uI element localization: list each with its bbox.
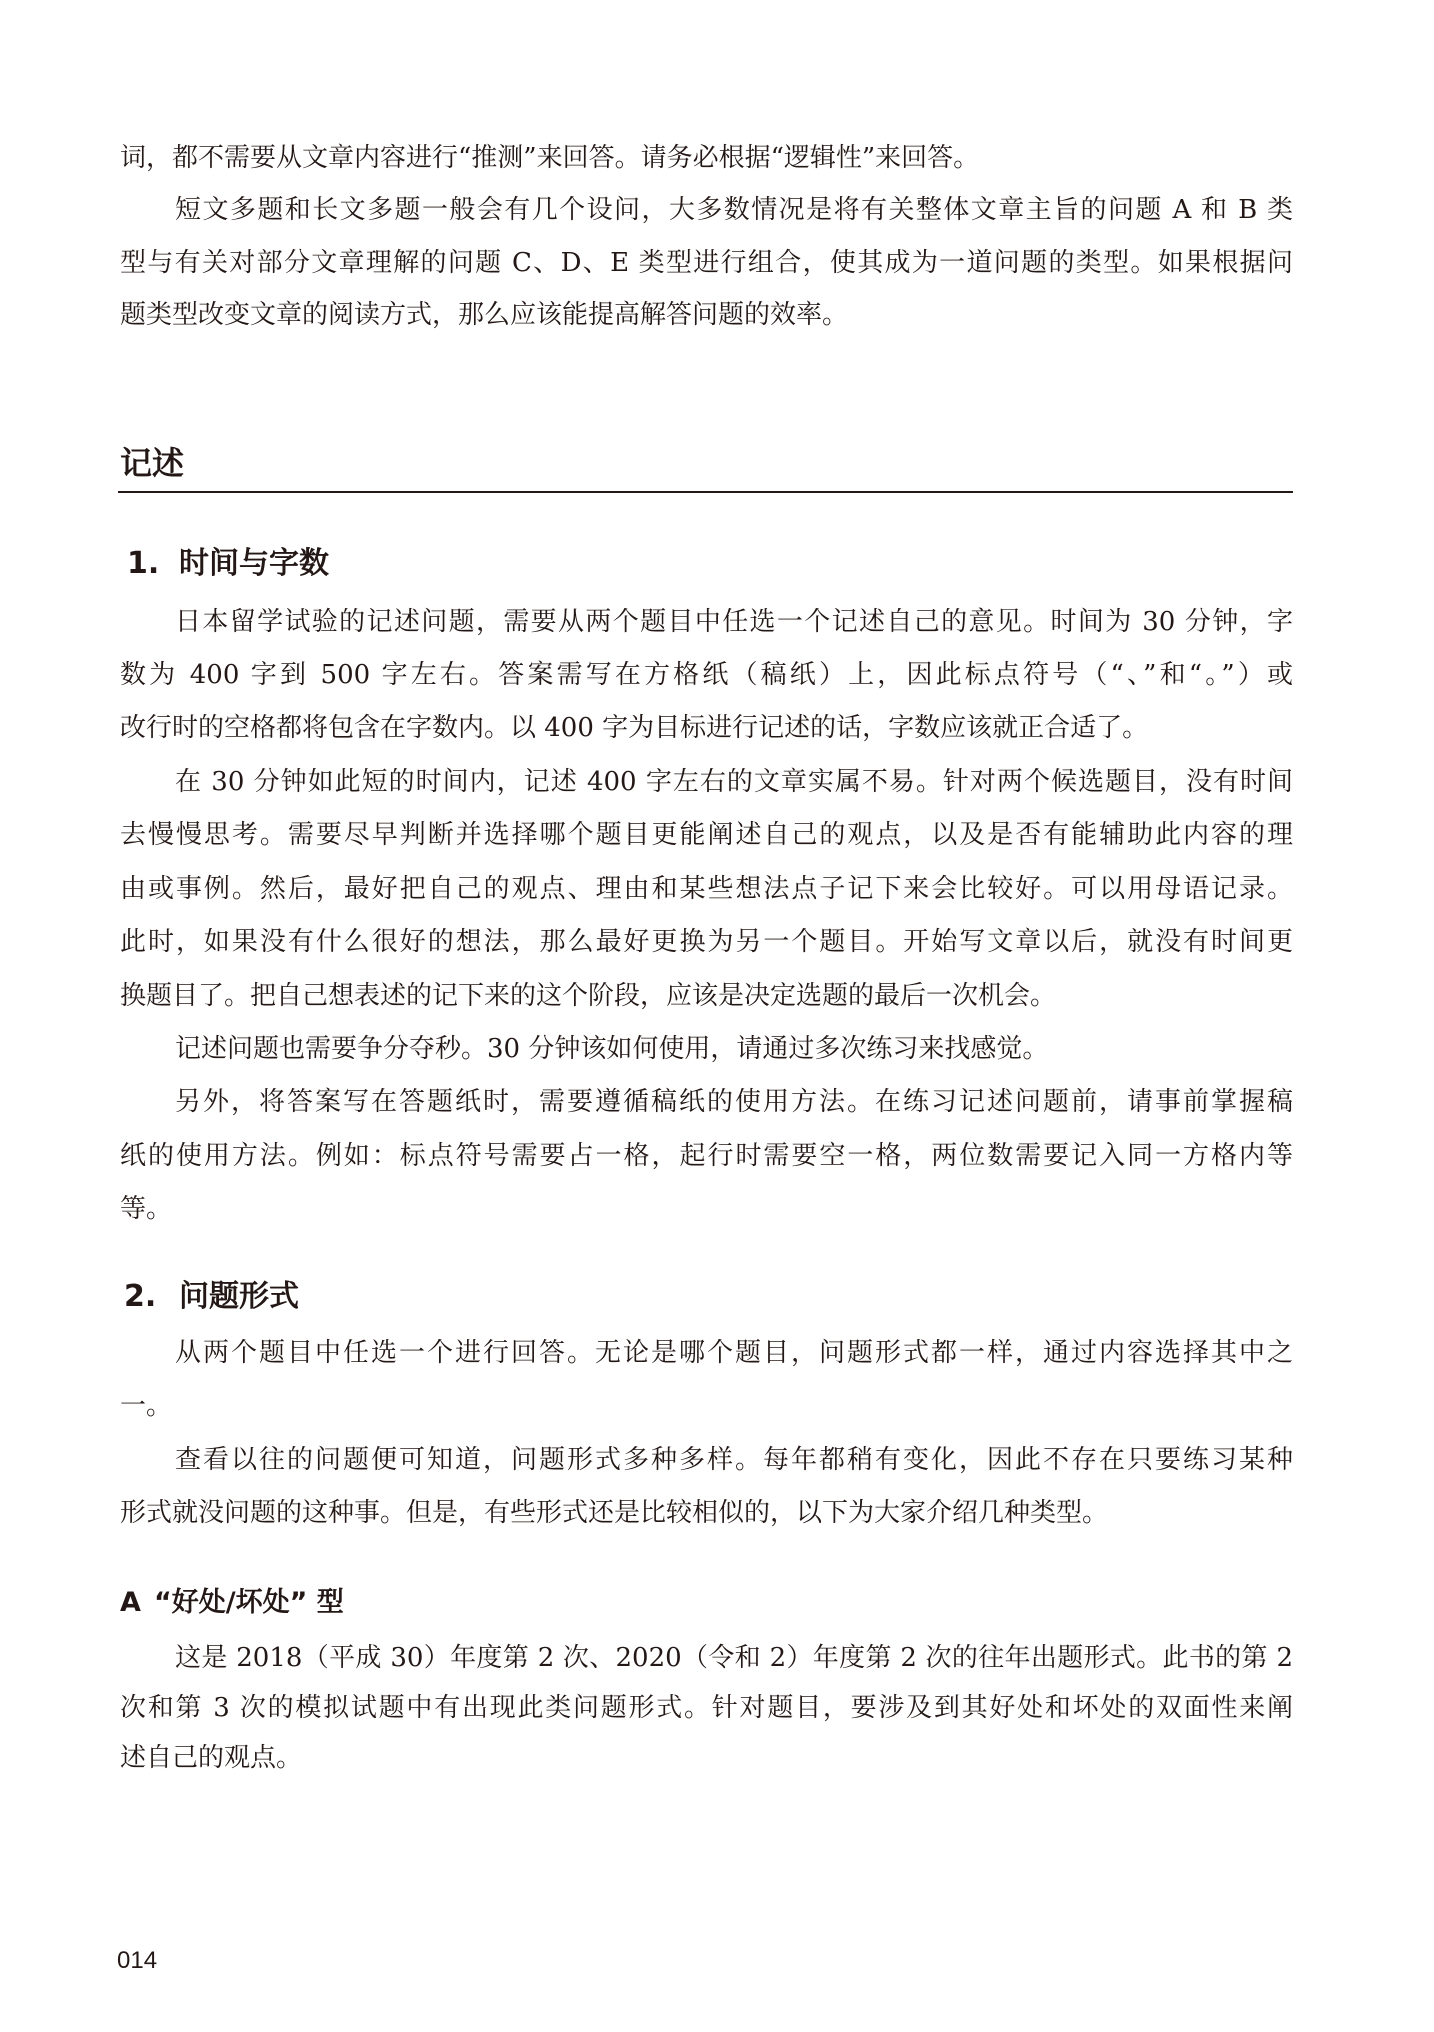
text-line: 记述问题也需要争分夺秒。30 分钟该如何使用，请通过多次练习来找感觉。	[120, 1023, 1293, 1076]
section-divider	[118, 491, 1293, 493]
type-title: “好处/坏处” 型	[154, 1585, 344, 1621]
subsection-1-body: 日本留学试验的记述问题，需要从两个题目中任选一个记述自己的意见。时间为 30 分…	[120, 596, 1293, 1237]
text-line: 改行时的空格都将包含在字数内。以 400 字为目标进行记述的话，字数应该就正合适…	[120, 702, 1293, 755]
text-line: 在 30 分钟如此短的时间内，记述 400 字左右的文章实属不易。针对两个候选题…	[120, 756, 1293, 809]
text-line: 一。	[120, 1380, 1293, 1433]
text-line: 纸的使用方法。例如：标点符号需要占一格，起行时需要空一格，两位数需要记入同一方格…	[120, 1130, 1293, 1183]
section-title: 记述	[120, 443, 184, 483]
text-line: 述自己的观点。	[120, 1733, 1293, 1783]
subsection-heading-1: 1. 时间与字数	[127, 544, 527, 584]
subsection-number: 2.	[124, 1277, 156, 1317]
text-line: 数为 400 字到 500 字左右。答案需写在方格纸（稿纸）上，因此标点符号（“…	[120, 649, 1293, 702]
type-heading-a: A “好处/坏处” 型	[120, 1585, 520, 1621]
type-a-body: 这是 2018（平成 30）年度第 2 次、2020（令和 2）年度第 2 次的…	[120, 1633, 1293, 1783]
text-line: 日本留学试验的记述问题，需要从两个题目中任选一个记述自己的意见。时间为 30 分…	[120, 596, 1293, 649]
text-line: 这是 2018（平成 30）年度第 2 次、2020（令和 2）年度第 2 次的…	[120, 1633, 1293, 1683]
subsection-title: 时间与字数	[179, 544, 329, 584]
text-line: 型与有关对部分文章理解的问题 C、D、E 类型进行组合，使其成为一道问题的类型。…	[120, 237, 1293, 290]
text-line: 从两个题目中任选一个进行回答。无论是哪个题目，问题形式都一样，通过内容选择其中之	[120, 1327, 1293, 1380]
intro-text: 词，都不需要从文章内容进行“推测”来回答。请务必根据“逻辑性”来回答。 短文多题…	[120, 132, 1293, 342]
type-letter: A	[120, 1585, 141, 1621]
text-line: 由或事例。然后，最好把自己的观点、理由和某些想法点子记下来会比较好。可以用母语记…	[120, 863, 1293, 916]
text-line: 等。	[120, 1183, 1293, 1236]
text-line: 形式就没问题的这种事。但是，有些形式还是比较相似的，以下为大家介绍几种类型。	[120, 1487, 1293, 1540]
page-number: 014	[117, 1947, 157, 1975]
text-line: 另外，将答案写在答题纸时，需要遵循稿纸的使用方法。在练习记述问题前，请事前掌握稿	[120, 1076, 1293, 1129]
text-line: 短文多题和长文多题一般会有几个设问，大多数情况是将有关整体文章主旨的问题 A 和…	[120, 184, 1293, 237]
text-line: 词，都不需要从文章内容进行“推测”来回答。请务必根据“逻辑性”来回答。	[120, 132, 1293, 185]
text-line: 换题目了。把自己想表述的记下来的这个阶段，应该是决定选题的最后一次机会。	[120, 970, 1293, 1023]
text-line: 查看以往的问题便可知道，问题形式多种多样。每年都稍有变化，因此不存在只要练习某种	[120, 1434, 1293, 1487]
subsection-number: 1.	[127, 544, 159, 584]
text-line: 次和第 3 次的模拟试题中有出现此类问题形式。针对题目，要涉及到其好处和坏处的双…	[120, 1683, 1293, 1733]
text-line: 去慢慢思考。需要尽早判断并选择哪个题目更能阐述自己的观点，以及是否有能辅助此内容…	[120, 809, 1293, 862]
text-line: 此时，如果没有什么很好的想法，那么最好更换为另一个题目。开始写文章以后，就没有时…	[120, 916, 1293, 969]
text-line: 题类型改变文章的阅读方式，那么应该能提高解答问题的效率。	[120, 289, 1293, 342]
subsection-heading-2: 2. 问题形式	[124, 1277, 524, 1317]
subsection-2-body: 从两个题目中任选一个进行回答。无论是哪个题目，问题形式都一样，通过内容选择其中之…	[120, 1327, 1293, 1540]
subsection-title: 问题形式	[179, 1277, 299, 1317]
document-page: 词，都不需要从文章内容进行“推测”来回答。请务必根据“逻辑性”来回答。 短文多题…	[0, 0, 1434, 2032]
